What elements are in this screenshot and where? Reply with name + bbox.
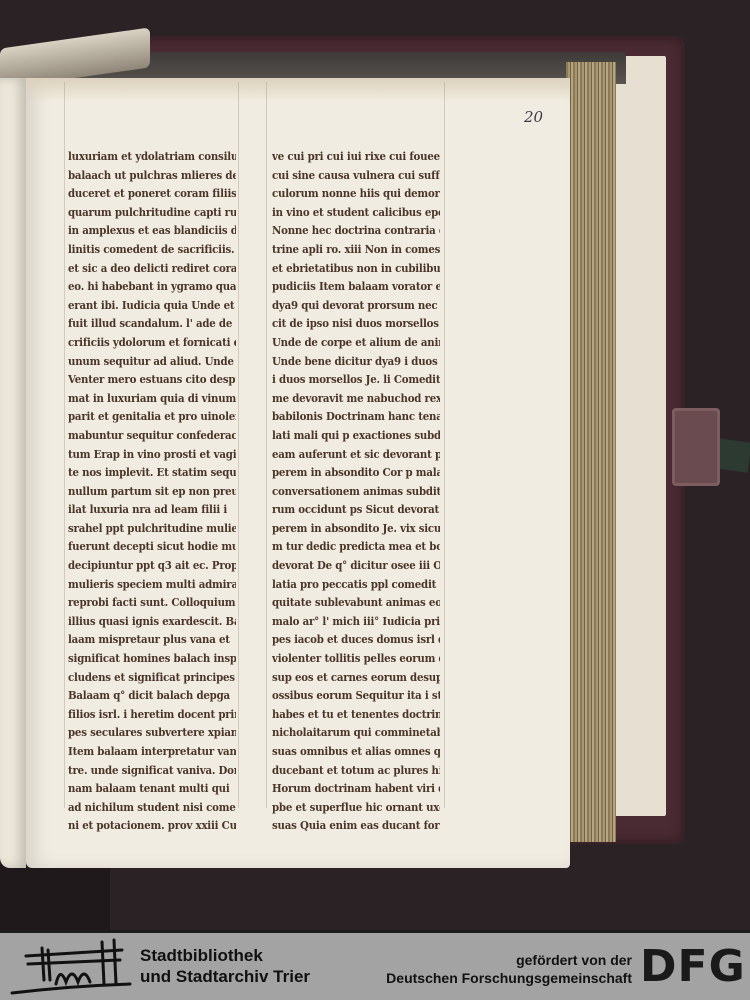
manuscript-line: devorat De q° dicitur osee iii Ob xyxy=(272,557,440,577)
manuscript-line: luxuriam et ydolatriam consiluit xyxy=(68,148,236,168)
institution-line-1: Stadtbibliothek xyxy=(140,945,310,966)
cover-inner-edge xyxy=(612,56,666,816)
manuscript-line: violenter tollitis pelles eorum de xyxy=(272,650,440,670)
manuscript-line: et sic a deo delicti rediret coram xyxy=(68,259,236,279)
manuscript-line: babilonis Doctrinam hanc tenat pre xyxy=(272,408,440,428)
manuscript-line: culorum nonne hiis qui demorant xyxy=(272,185,440,205)
manuscript-line: nullum partum sit ep non preu xyxy=(68,482,236,502)
dfg-logo: DFG xyxy=(640,943,746,991)
manuscript-line: pudiciis Item balaam vorator est xyxy=(272,278,440,298)
manuscript-line: Nonne hec doctrina contraria est doc xyxy=(272,222,440,242)
manuscript-line: perem in absondito Je. vix sicut xyxy=(272,519,440,539)
manuscript-line: rum occidunt ps Sicut devorat pau xyxy=(272,501,440,521)
manuscript-line: m tur dedic predicta mea et bonas xyxy=(272,538,440,558)
stadtbibliothek-trier-logo-icon xyxy=(10,936,135,998)
institution-name: Stadtbibliothek und Stadtarchiv Trier xyxy=(140,945,310,987)
manuscript-line: dya9 qui devorat prorsum nec fa xyxy=(272,296,440,316)
manuscript-line: habes et tu et tenentes doctrinam xyxy=(272,705,440,725)
manuscript-line: te nos implevit. Et statim sequi xyxy=(68,464,236,484)
manuscript-line: decipiuntur ppt q3 ait ec. Propter xyxy=(68,557,236,577)
ruling-line xyxy=(238,82,239,808)
manuscript-line: parit et genitalia et pro uinolentia xyxy=(68,408,236,428)
manuscript-line: eam auferunt et sic devorant pau xyxy=(272,445,440,465)
manuscript-line: ad nichilum student nisi comessatio xyxy=(68,798,236,818)
manuscript-line: ossibus eorum Sequitur ita i stile xyxy=(272,687,440,707)
manuscript-line: Venter mero estuans cito despu xyxy=(68,371,236,391)
manuscript-line: suas Quia enim eas ducant fornicari xyxy=(272,817,440,837)
manuscript-line: mulieris speciem multi admirati xyxy=(68,575,236,595)
manuscript-line: eo. hi habebant in ygramo qua ulla xyxy=(68,278,236,298)
manuscript-line: quarum pulchritudine capti ruerent xyxy=(68,203,236,223)
manuscript-line: Unde de corpe et alium de anima xyxy=(272,333,440,353)
manuscript-line: Unde bene dicitur dya9 i duos bolos xyxy=(272,352,440,372)
manuscript-line: cit de ipso nisi duos morsellos id hi xyxy=(272,315,440,335)
footer-banner: Stadtbibliothek und Stadtarchiv Trier ge… xyxy=(0,930,750,1000)
page-fore-edge xyxy=(566,62,616,842)
manuscript-page: 20 luxuriam et ydolatriam consiluitbalaa… xyxy=(26,78,570,868)
manuscript-line: in amplexus et eas blandiciis de xyxy=(68,222,236,242)
manuscript-line: conversationem animas subditorum malo xyxy=(272,482,440,502)
manuscript-line: lati mali qui p exactiones subditos xyxy=(272,426,440,446)
manuscript-line: trine apli ro. xiii Non in comessationib… xyxy=(272,241,440,261)
manuscript-line: ni et potacionem. prov xxiii Cui xyxy=(68,817,236,837)
manuscript-line: ilat luxuria nra ad leam filii i xyxy=(68,501,236,521)
manuscript-line: mat in luxuriam quia di vinum sp xyxy=(68,389,236,409)
manuscript-line: duceret et poneret coram filiis isrl xyxy=(68,185,236,205)
institution-line-2: und Stadtarchiv Trier xyxy=(140,966,310,987)
manuscript-line: in vino et student calicibus epotandis xyxy=(272,203,440,223)
manuscript-line: filios isrl. i heretim docent prin xyxy=(68,705,236,725)
manuscript-line: pes iacob et duces domus isrl qui xyxy=(272,631,440,651)
manuscript-line: laam mispretaur plus vana et xyxy=(68,631,236,651)
manuscript-line: unum sequitur ad aliud. Unde ros xyxy=(68,352,236,372)
text-column-1: luxuriam et ydolatriam consiluitbalaach … xyxy=(68,148,236,836)
manuscript-line: linitis comedent de sacrificiis. Sequr xyxy=(68,241,236,261)
manuscript-line: balaach ut pulchras mlieres de xyxy=(68,166,236,186)
manuscript-line: srahel ppt pulchritudine mulieru xyxy=(68,519,236,539)
funding-line-1: gefördert von der xyxy=(386,951,632,969)
manuscript-line: cui sine causa vulnera cui suffosio o xyxy=(272,166,440,186)
manuscript-line: sup eos et carnes eorum desuper xyxy=(272,668,440,688)
manuscript-line: illius quasi ignis exardescit. Ba xyxy=(68,612,236,632)
manuscript-line: fuerunt decepti sicut hodie multi xyxy=(68,538,236,558)
manuscript-line: Horum doctrinam habent viri qui su xyxy=(272,780,440,800)
manuscript-line: ve cui pri cui iui rixe cui fouee xyxy=(272,148,440,168)
manuscript-line: et ebrietatibus non in cubilibus et in xyxy=(272,259,440,279)
manuscript-line: i duos morsellos Je. li Comedit xyxy=(272,371,440,391)
manuscript-line: pbe et superflue hic ornant uxores xyxy=(272,798,440,818)
manuscript-line: me devoravit me nabuchod rex xyxy=(272,389,440,409)
manuscript-line: perem in absondito Cor p mala xyxy=(272,464,440,484)
ruling-line xyxy=(64,82,65,808)
manuscript-line: quitate sublevabunt animas eorum xyxy=(272,594,440,614)
funding-credit: gefördert von der Deutschen Forschungsge… xyxy=(386,951,632,987)
text-column-2: ve cui pri cui iui rixe cui foueecui sin… xyxy=(272,148,440,836)
manuscript-photo: 20 luxuriam et ydolatriam consiluitbalaa… xyxy=(0,0,750,930)
manuscript-line: latia pro peccatis ppl comedit et ad in xyxy=(272,575,440,595)
folio-number: 20 xyxy=(524,108,543,126)
ruling-line xyxy=(444,82,445,808)
manuscript-line: mabuntur sequitur confederacionem xyxy=(68,426,236,446)
manuscript-line: Item balaam interpretatur vana xyxy=(68,743,236,763)
manuscript-line: cludens et significat principes seculare… xyxy=(68,668,236,688)
left-page-edge xyxy=(0,78,26,868)
manuscript-line: tre. unde significat vaniva. Dort xyxy=(68,761,236,781)
manuscript-line: nicholaitarum qui comminetabat uxores xyxy=(272,724,440,744)
manuscript-line: suas omnibus et alias omnes quandas xyxy=(272,743,440,763)
manuscript-line: malo ar° l' mich iii° Iudicia prin xyxy=(272,612,440,632)
clasp-icon xyxy=(672,408,720,486)
ruling-line xyxy=(266,82,267,808)
manuscript-line: Balaam q° dicit balach depga xyxy=(68,687,236,707)
manuscript-line: erant ibi. Iudicia quia Unde et cp xyxy=(68,296,236,316)
manuscript-line: nam balaam tenant multi qui xyxy=(68,780,236,800)
manuscript-line: tum Erap in vino prosti et vagie xyxy=(68,445,236,465)
funding-line-2: Deutschen Forschungsgemeinschaft xyxy=(386,969,632,987)
manuscript-line: fuit illud scandalum. l' ade de sa xyxy=(68,315,236,335)
manuscript-line: significat homines balach inspiran xyxy=(68,650,236,670)
manuscript-line: reprobi facti sunt. Colloquium eni xyxy=(68,594,236,614)
manuscript-line: crificiis ydolorum et fornicati quia xyxy=(68,333,236,353)
manuscript-line: pes seculares subvertere xpianos xyxy=(68,724,236,744)
manuscript-line: ducebant et totum ac plures hic xyxy=(272,761,440,781)
